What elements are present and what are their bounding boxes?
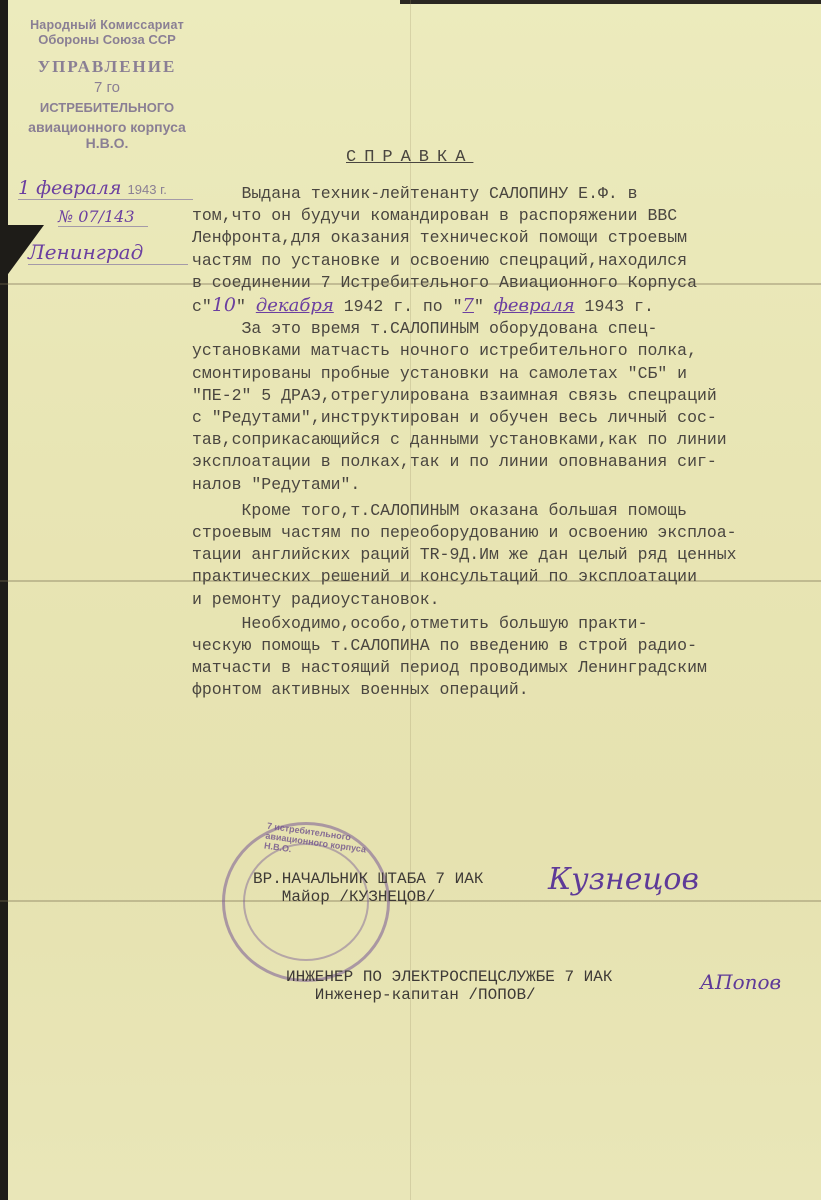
body-line: эксплоатации в полках,так и по линии опо… bbox=[192, 451, 817, 473]
stamp-line: авиационного корпуса Н.В.О. bbox=[12, 119, 202, 151]
stamp-line: 7 го bbox=[12, 79, 202, 96]
from-day: 10 bbox=[212, 294, 236, 316]
body-line: Выдана техник-лейтенанту САЛОПИНУ Е.Ф. в bbox=[192, 183, 817, 205]
body-line: За это время т.САЛОПИНЫМ оборудована спе… bbox=[192, 318, 817, 340]
body-line: смонтированы пробные установки на самоле… bbox=[192, 363, 817, 385]
body-line: Ленфронта,для оказания технической помощ… bbox=[192, 227, 817, 249]
chief-title: ВР.НАЧАЛЬНИК ШТАБА 7 ИАК bbox=[253, 870, 483, 888]
stamp-line: Обороны Союза ССР bbox=[12, 32, 202, 47]
stamp-date: 1 февраля 1943 г. bbox=[18, 177, 193, 200]
stamp-line: Народный Комиссариат bbox=[12, 18, 202, 32]
period-line: с"10" декабря 1942 г. по "7" февраля 194… bbox=[192, 294, 817, 318]
body-line: с "Редутами",инструктирован и обучен вес… bbox=[192, 407, 817, 429]
body-line: частям по установке и освоению спецраций… bbox=[192, 250, 817, 272]
stamp-date-year: 1943 г. bbox=[128, 182, 167, 197]
to-year: 1943 г. bbox=[585, 297, 654, 316]
body-line: Кроме того,т.САЛОПИНЫМ оказана большая п… bbox=[192, 500, 817, 522]
body-line: том,что он будучи командирован в распоря… bbox=[192, 205, 817, 227]
chief-name: Майор /КУЗНЕЦОВ/ bbox=[253, 888, 483, 906]
stamp-line: ИСТРЕБИТЕЛЬНОГО bbox=[12, 100, 202, 115]
stamp-place: Ленинград bbox=[28, 240, 188, 265]
body-line: в соединении 7 Истребительного Авиационн… bbox=[192, 272, 817, 294]
period-prefix: с" bbox=[192, 297, 212, 316]
body-line: строевым частям по переоборудованию и ос… bbox=[192, 522, 817, 544]
body-line: матчасти в настоящий период проводимых Л… bbox=[192, 657, 817, 679]
stamp-line: УПРАВЛЕНИЕ bbox=[12, 57, 202, 77]
from-month: декабря bbox=[256, 295, 334, 316]
body-line: налов "Редутами". bbox=[192, 474, 817, 496]
body-line: тации английских раций TR-9Д.Им же дан ц… bbox=[192, 544, 817, 566]
chief-signature: Кузнецов bbox=[548, 862, 699, 897]
header-stamp: Народный Комиссариат Обороны Союза ССР У… bbox=[12, 18, 202, 151]
engineer-block: ИНЖЕНЕР ПО ЭЛЕКТРОСПЕЦСЛУЖБЕ 7 ИАК Инжен… bbox=[286, 968, 612, 1004]
to-month: февраля bbox=[494, 295, 575, 316]
body-line: фронтом активных военных операций. bbox=[192, 679, 817, 701]
body-line: Необходимо,особо,отметить большую практи… bbox=[192, 613, 817, 635]
engineer-name: Инженер-капитан /ПОПОВ/ bbox=[286, 986, 612, 1004]
document-body: Выдана техник-лейтенанту САЛОПИНУ Е.Ф. в… bbox=[192, 183, 817, 702]
engineer-signature: АПопов bbox=[700, 970, 781, 994]
body-line: тав,соприкасающийся с данными установкам… bbox=[192, 429, 817, 451]
body-line: ческую помощь т.САЛОПИНА по введению в с… bbox=[192, 635, 817, 657]
body-line: "ПЕ-2" 5 ДРАЭ,отрегулирована взаимная св… bbox=[192, 385, 817, 407]
document-title: СПРАВКА bbox=[346, 148, 473, 167]
stamp-date-handwritten: 1 февраля bbox=[18, 177, 121, 199]
from-year: 1942 г. по " bbox=[344, 297, 463, 316]
chief-of-staff-block: ВР.НАЧАЛЬНИК ШТАБА 7 ИАК Майор /КУЗНЕЦОВ… bbox=[253, 870, 483, 906]
to-day: 7 bbox=[463, 295, 474, 316]
body-line: установками матчасть ночного истребитель… bbox=[192, 340, 817, 362]
body-line: практических решений и консультаций по э… bbox=[192, 566, 817, 588]
engineer-title: ИНЖЕНЕР ПО ЭЛЕКТРОСПЕЦСЛУЖБЕ 7 ИАК bbox=[286, 968, 612, 986]
body-line: и ремонту радиоустановок. bbox=[192, 589, 817, 611]
scan-top-edge bbox=[400, 0, 821, 4]
stamp-number: № 07/143 bbox=[58, 207, 148, 227]
